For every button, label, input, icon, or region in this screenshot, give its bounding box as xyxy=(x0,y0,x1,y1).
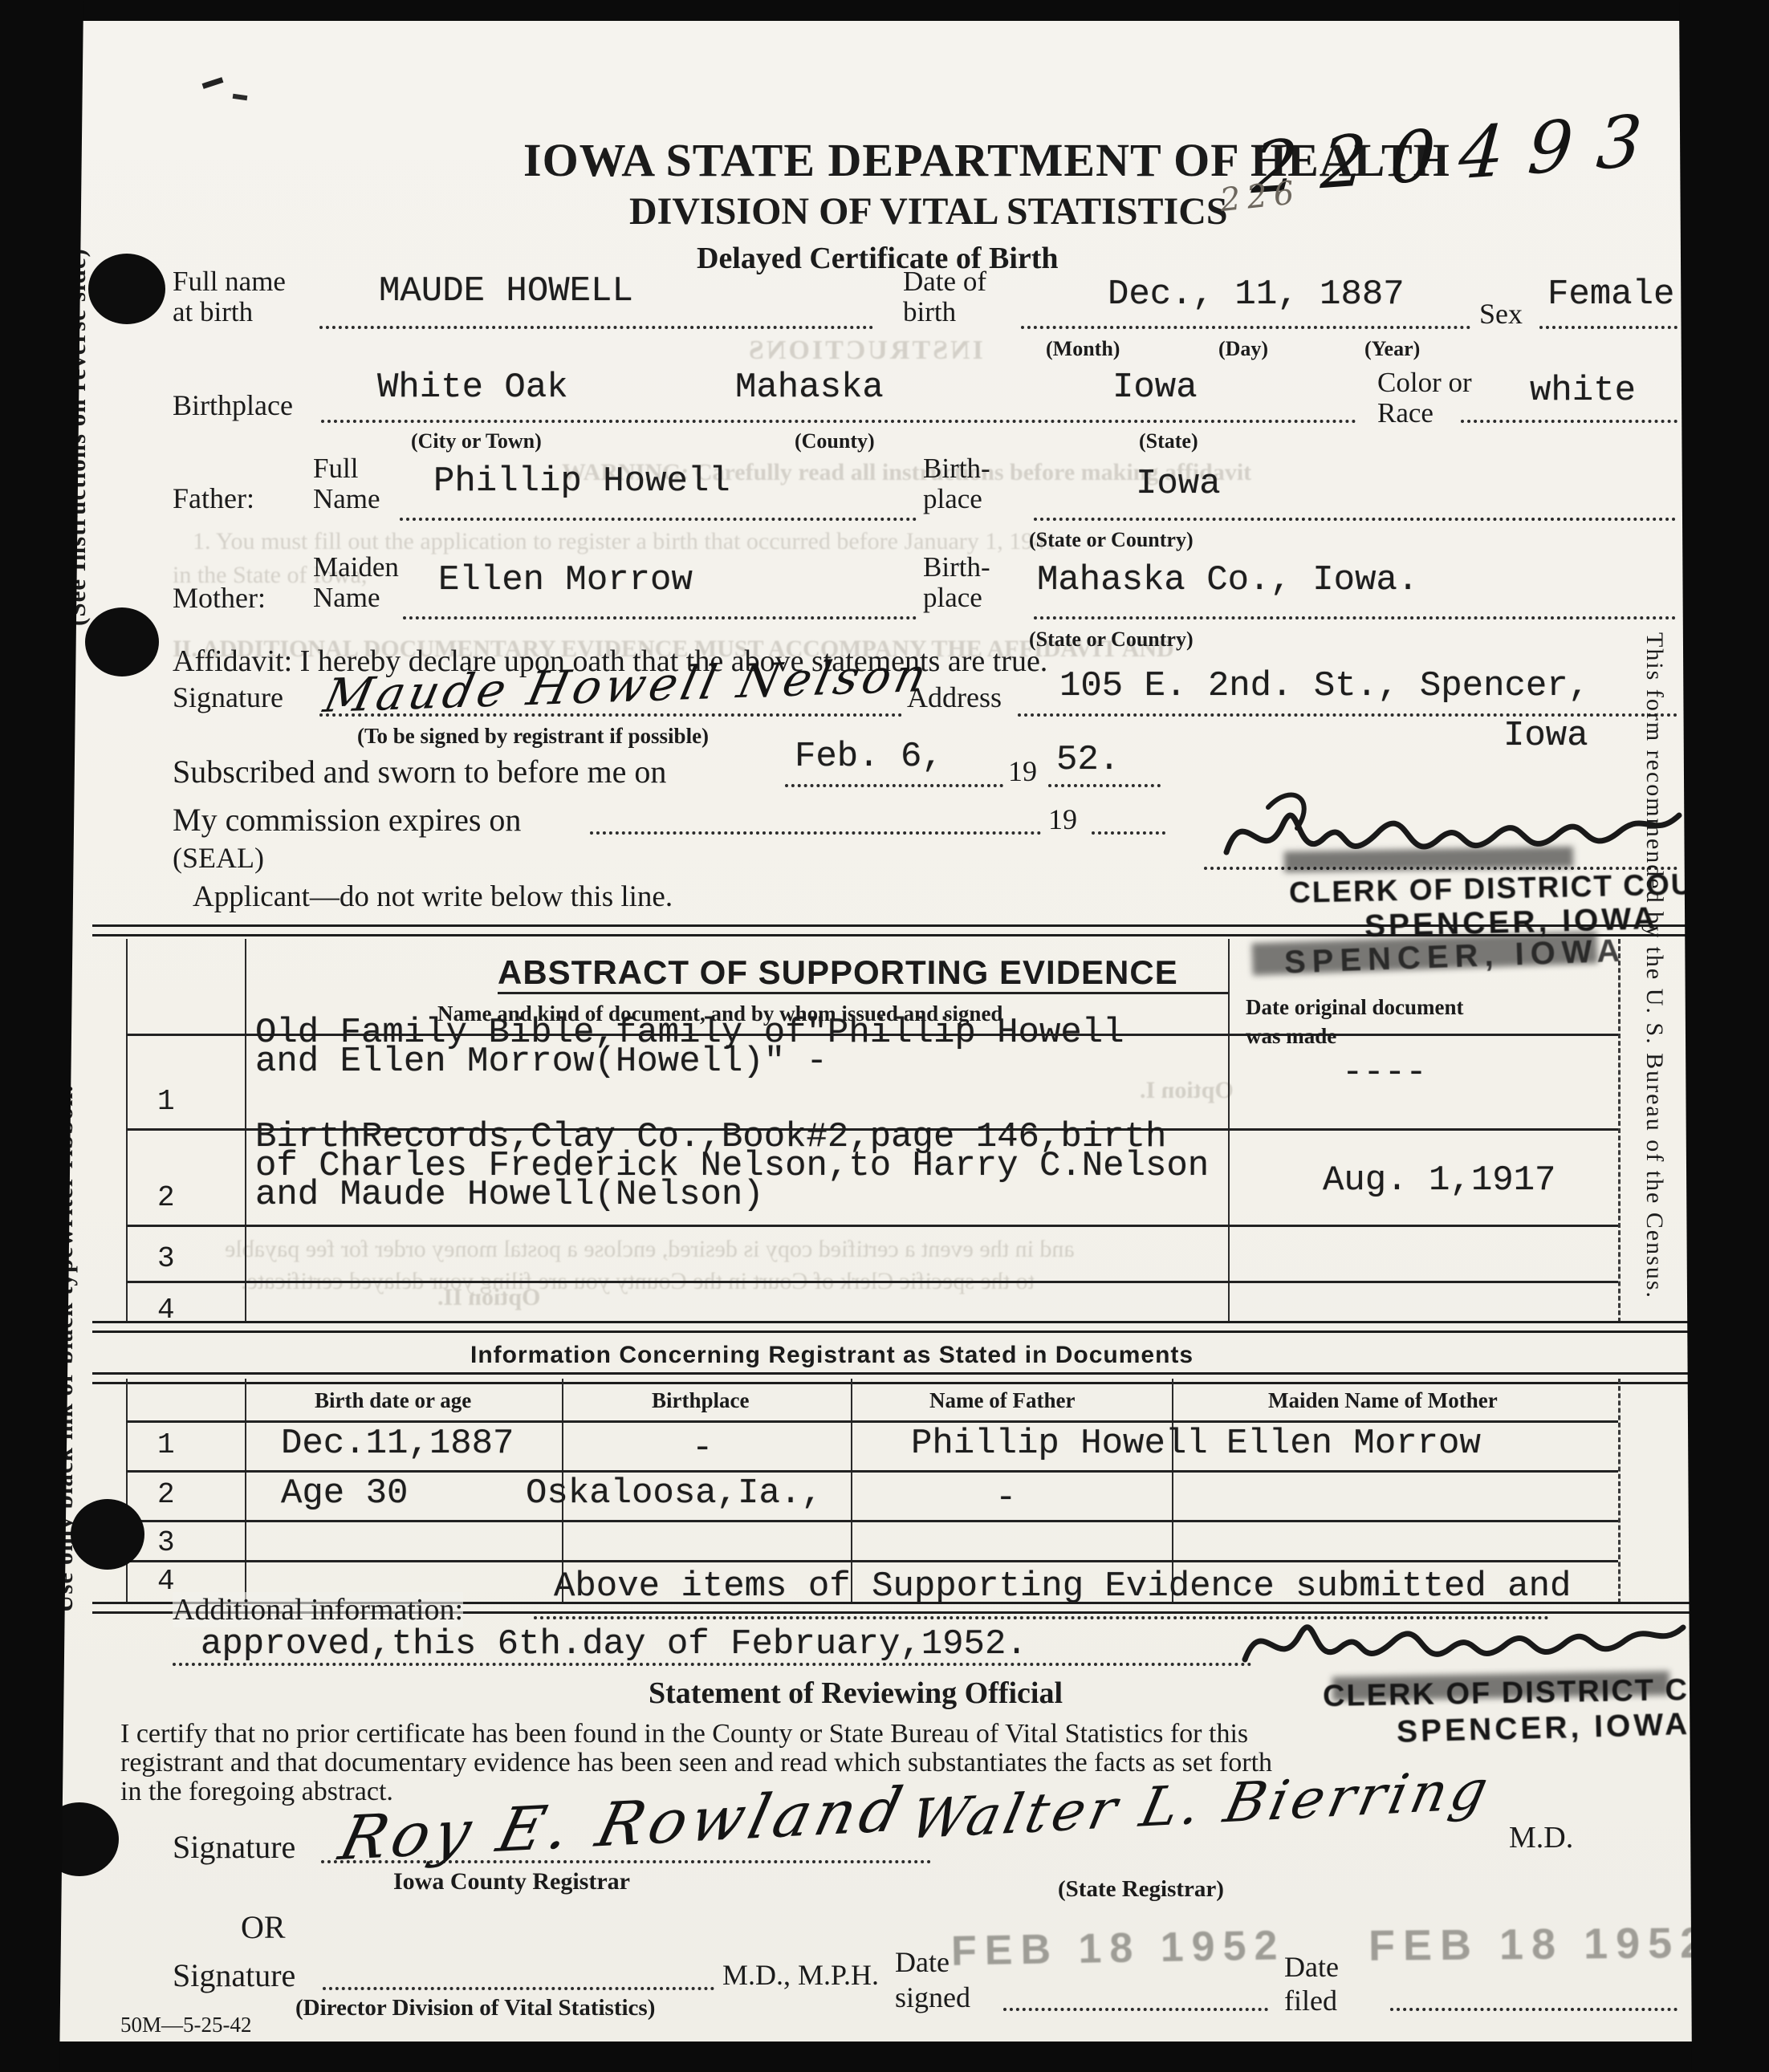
color-race-label: Color or Race xyxy=(1377,368,1472,429)
ghost-text: Option II. xyxy=(437,1284,540,1311)
father-name-value: Phillip Howell xyxy=(433,461,730,502)
info-col-birthplace: Birthplace xyxy=(652,1388,750,1413)
info-row1-num: 1 xyxy=(157,1428,175,1461)
mother-label: Mother: xyxy=(173,581,266,615)
dotted-line xyxy=(1539,326,1677,329)
state-registrar-md: M.D. xyxy=(1509,1820,1573,1855)
table-border xyxy=(245,1379,246,1603)
birthplace-city-value: White Oak xyxy=(377,368,568,408)
director-md-mph: M.D., M.P.H. xyxy=(722,1958,879,1992)
info-row2-father: - xyxy=(995,1478,1016,1518)
father-country-sublabel: (State or Country) xyxy=(1029,528,1194,552)
county-registrar-sublabel: Iowa County Registrar xyxy=(393,1868,630,1895)
scan-border-top xyxy=(0,0,1769,21)
form-number: 50M—5-25-42 xyxy=(120,2013,252,2037)
info-row1-birthplace: - xyxy=(692,1428,713,1469)
row-line xyxy=(126,1470,1618,1473)
punch-hole xyxy=(88,254,165,324)
date-filed-label2: filed xyxy=(1284,1984,1337,2017)
father-birthplace-value: Iowa xyxy=(1136,464,1221,504)
ghost-text: Option I. xyxy=(1140,1077,1234,1104)
father-birthplace-label: Birth- place xyxy=(923,453,990,514)
date-of-birth-value: Dec., 11, 1887 xyxy=(1108,274,1405,315)
sworn-label: Subscribed and sworn to before me on xyxy=(173,753,666,790)
day-sublabel: (Day) xyxy=(1218,337,1268,361)
info-row2-num: 2 xyxy=(157,1478,175,1511)
row-line xyxy=(126,1520,1618,1522)
date-of-birth-label: Date of birth xyxy=(903,266,986,327)
dotted-line xyxy=(1034,616,1676,620)
mother-name-value: Ellen Morrow xyxy=(438,560,693,600)
date-signed-stamp: FEB 18 1952 xyxy=(951,1921,1286,1975)
double-rule xyxy=(92,1321,1709,1333)
birthplace-county-value: Mahaska xyxy=(735,368,884,408)
date-signed-label2: signed xyxy=(895,1981,970,2014)
month-sublabel: (Month) xyxy=(1046,337,1120,361)
dotted-line xyxy=(323,1987,714,1990)
mother-country-sublabel: (State or Country) xyxy=(1029,628,1194,652)
punch-hole xyxy=(71,1499,144,1570)
sworn-year-pre: 19 xyxy=(1008,754,1037,788)
dotted-line xyxy=(319,326,873,329)
row-line xyxy=(126,1225,1618,1227)
county-sublabel: (County) xyxy=(795,429,875,453)
dotted-line xyxy=(590,831,1041,835)
date-signed-label1: Date xyxy=(895,1945,950,1979)
row-line xyxy=(126,1420,1618,1423)
address-value2: Iowa xyxy=(1503,716,1588,756)
father-name-label: Full Name xyxy=(313,453,380,514)
table-border xyxy=(245,939,246,1322)
dotted-line xyxy=(1021,326,1470,329)
city-sublabel: (City or Town) xyxy=(411,429,542,453)
info-col-mother: Maiden Name of Mother xyxy=(1268,1388,1498,1413)
mother-birthplace-label: Birth- place xyxy=(923,552,990,613)
birthplace-label: Birthplace xyxy=(173,388,293,422)
abstract-date-col-header2: was made xyxy=(1246,1024,1336,1049)
or-label: OR xyxy=(241,1908,286,1946)
table-border xyxy=(126,1379,128,1603)
info-row2-birth: Age 30 xyxy=(281,1473,408,1513)
dotted-line xyxy=(1034,518,1676,521)
sex-value: Female xyxy=(1547,274,1674,315)
table-border xyxy=(126,939,128,1322)
info-row3-num: 3 xyxy=(157,1526,175,1559)
scanned-birth-certificate: INSTRUCTIONS WARNING: Carefully read all… xyxy=(0,0,1769,2072)
abstract-row1-num: 1 xyxy=(157,1085,175,1118)
page-subtitle: DIVISION OF VITAL STATISTICS xyxy=(629,189,1228,234)
full-name-label: Full name at birth xyxy=(173,266,286,327)
dotted-line xyxy=(400,518,917,521)
additional-info-label: Additional information: xyxy=(173,1592,463,1627)
address-value: 105 E. 2nd. St., Spencer, xyxy=(1059,666,1589,706)
review-body-line2: registrant and that documentary evidence… xyxy=(120,1748,1272,1778)
year-sublabel: (Year) xyxy=(1364,337,1420,361)
punch-hole xyxy=(85,607,159,676)
dotted-line xyxy=(1003,2008,1268,2011)
scan-border-bottom xyxy=(0,2042,1769,2072)
mother-birthplace-value: Mahaska Co., Iowa. xyxy=(1037,560,1418,600)
info-col-birthdate: Birth date or age xyxy=(315,1388,471,1413)
margin-note-census: This form recommended by the U. S. Burea… xyxy=(1641,632,1668,1299)
dotted-line xyxy=(1048,784,1161,787)
date-filed-label1: Date xyxy=(1284,1950,1339,1984)
dotted-line xyxy=(1390,2008,1677,2011)
dotted-line xyxy=(321,420,1356,423)
commission-label: My commission expires on xyxy=(173,801,521,839)
father-label: Father: xyxy=(173,481,254,515)
dotted-line xyxy=(785,784,1003,787)
info-row1-birth: Dec.11,1887 xyxy=(281,1424,514,1464)
row-line xyxy=(126,1560,1618,1562)
abstract-row1-date: ---- xyxy=(1342,1053,1427,1093)
signature-sublabel: (To be signed by registrant if possible) xyxy=(357,724,709,749)
abstract-row2-date: Aug. 1,1917 xyxy=(1323,1160,1555,1201)
clerk-signature-scribble xyxy=(1220,775,1686,880)
abstract-row2-num: 2 xyxy=(157,1181,175,1214)
info-table-title: Information Concerning Registrant as Sta… xyxy=(470,1342,1194,1369)
sworn-date-value: Feb. 6, xyxy=(795,737,943,777)
birthplace-state-value: Iowa xyxy=(1112,368,1198,408)
clerk-signature-scribble xyxy=(1240,1592,1690,1680)
ghost-text: and in the event a certified copy is des… xyxy=(225,1236,1075,1263)
date-filed-stamp: FEB 18 1952 xyxy=(1368,1918,1713,1971)
review-body-line1: I certify that no prior certificate has … xyxy=(120,1719,1248,1749)
commission-year-pre: 19 xyxy=(1048,802,1077,836)
abstract-row2-line3: and Maude Howell(Nelson) xyxy=(255,1175,764,1215)
signature1-label: Signature xyxy=(173,1828,295,1866)
info-row1-father: Phillip Howell xyxy=(911,1424,1208,1464)
info-row2-birthplace: Oskaloosa,Ia., xyxy=(526,1473,823,1513)
double-rule xyxy=(92,1372,1709,1384)
dotted-line xyxy=(403,616,917,620)
info-col-father: Name of Father xyxy=(929,1388,1075,1413)
abstract-date-col-header1: Date original document xyxy=(1246,995,1463,1020)
abstract-table-title: ABSTRACT OF SUPPORTING EVIDENCE xyxy=(498,953,1178,992)
ghost-text: INSTRUCTIONS xyxy=(746,335,983,366)
dotted-line xyxy=(1092,831,1165,835)
sworn-year-value: 52. xyxy=(1056,740,1120,780)
form-name: Delayed Certificate of Birth xyxy=(697,241,1059,276)
review-title: Statement of Reviewing Official xyxy=(649,1676,1063,1711)
full-name-value: MAUDE HOWELL xyxy=(379,271,633,311)
applicant-note: Applicant—do not write below this line. xyxy=(193,880,673,914)
scan-border-right xyxy=(1679,0,1769,2072)
abstract-row1-line2: and Ellen Morrow(Howell)" - xyxy=(255,1042,828,1082)
state-sublabel: (State) xyxy=(1139,429,1198,453)
rule xyxy=(498,992,1228,994)
abstract-row4-num: 4 xyxy=(157,1294,175,1326)
info-row1-mother: Ellen Morrow xyxy=(1226,1424,1481,1464)
additional-info-line2: approved,this 6th.day of February,1952. xyxy=(201,1624,1027,1664)
row-line xyxy=(126,1281,1618,1283)
abstract-row3-num: 3 xyxy=(157,1242,175,1275)
mother-name-label: Maiden Name xyxy=(313,552,399,613)
table-border xyxy=(1228,939,1230,1322)
seal-label: (SEAL) xyxy=(173,841,264,875)
table-border xyxy=(1618,1379,1621,1603)
color-race-value: white xyxy=(1530,371,1636,411)
director-sublabel: (Director Division of Vital Statistics) xyxy=(295,1995,655,2021)
dotted-line xyxy=(1461,420,1677,423)
signature-label: Signature xyxy=(173,681,283,714)
sex-label: Sex xyxy=(1479,297,1523,331)
state-registrar-sublabel: (State Registrar) xyxy=(1058,1876,1224,1903)
table-border xyxy=(1618,939,1621,1322)
signature2-label: Signature xyxy=(173,1956,295,1994)
